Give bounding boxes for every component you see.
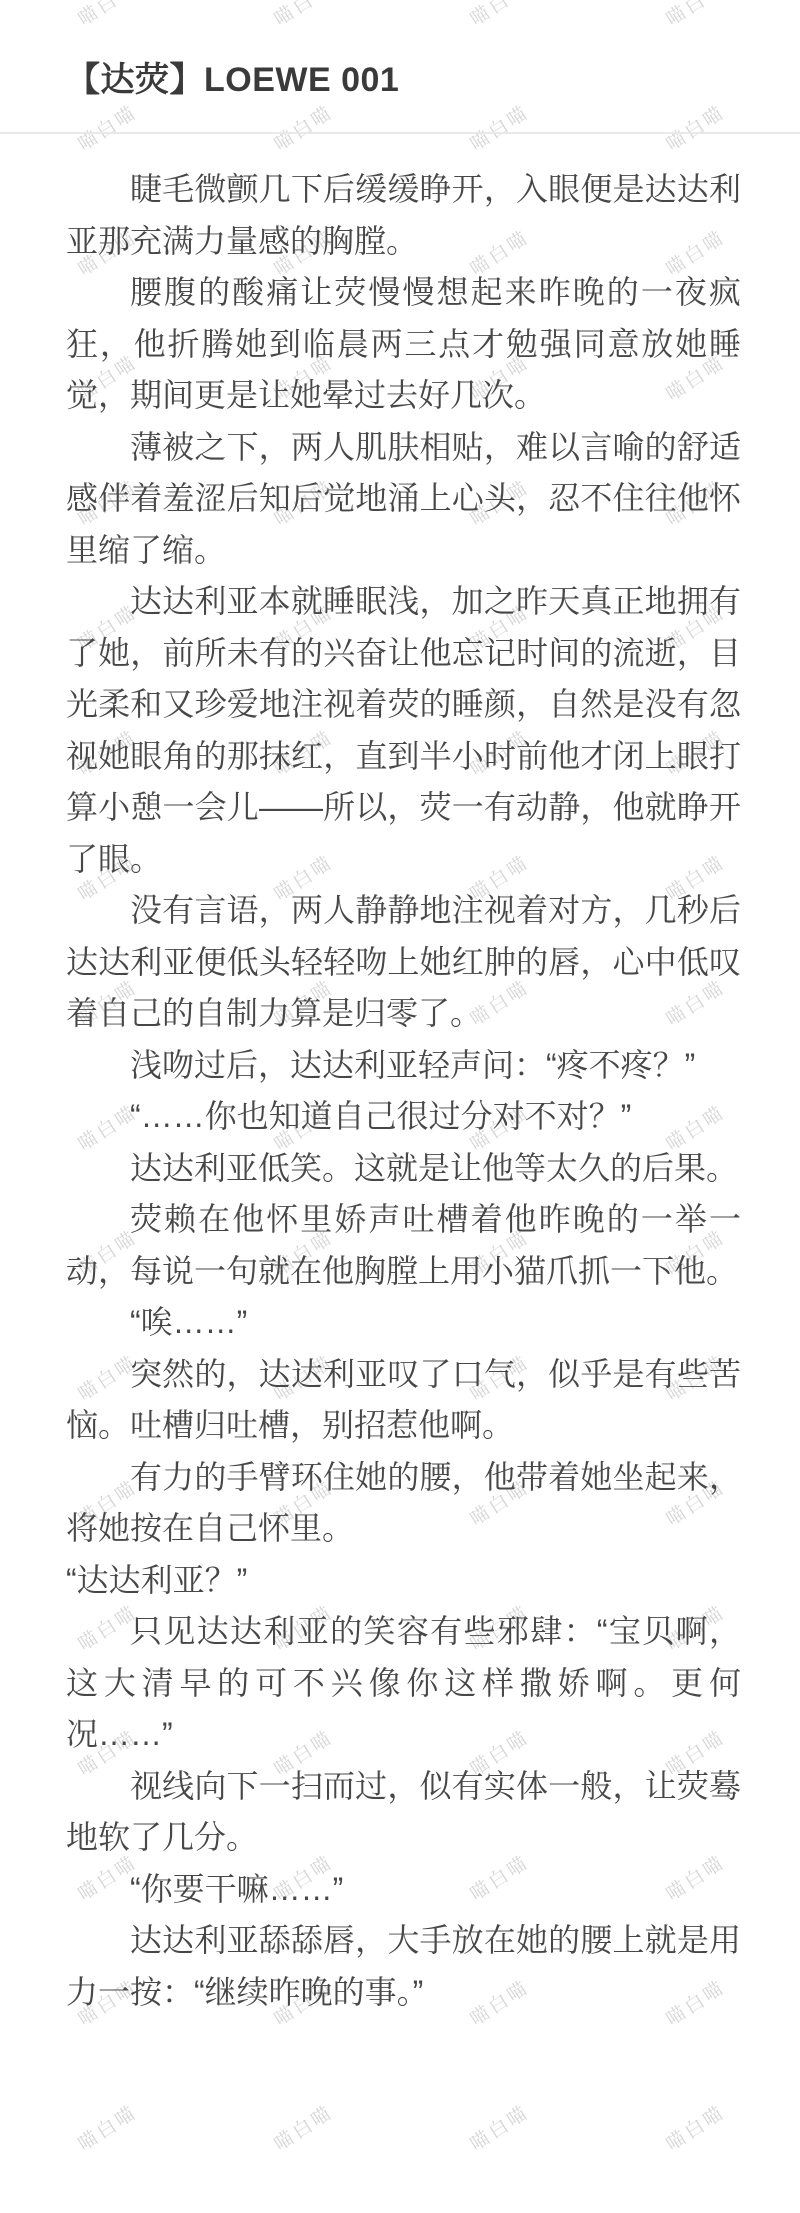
page: 【达荧】LOEWE 001 睫毛微颤几下后缓缓睁开，入眼便是达达利亚那充满力量感… xyxy=(0,0,800,2018)
paragraph: 薄被之下，两人肌肤相贴，难以言喻的舒适感伴着羞涩后知后觉地涌上心头，忍不住往他怀… xyxy=(66,422,741,577)
paragraph: 达达利亚本就睡眠浅，加之昨天真正地拥有了她，前所未有的兴奋让他忘记时间的流逝，目… xyxy=(66,576,741,885)
paragraph: “唉……” xyxy=(66,1297,741,1349)
divider xyxy=(0,132,800,134)
watermark-text: 喵白喵 xyxy=(268,2098,338,2157)
paragraph: 睫毛微颤几下后缓缓睁开，入眼便是达达利亚那充满力量感的胸膛。 xyxy=(66,164,741,267)
article: 睫毛微颤几下后缓缓睁开，入眼便是达达利亚那充满力量感的胸膛。腰腹的酸痛让荧慢慢想… xyxy=(66,164,741,2018)
paragraph: 荧赖在他怀里娇声吐槽着他昨晚的一举一动，每说一句就在他胸膛上用小猫爪抓一下他。 xyxy=(66,1194,741,1297)
watermark-text: 喵白喵 xyxy=(464,2098,534,2157)
paragraph: 只见达达利亚的笑容有些邪肆：“宝贝啊，这大清早的可不兴像你这样撒娇啊。更何况……… xyxy=(66,1606,741,1761)
paragraph: 达达利亚低笑。这就是让他等太久的后果。 xyxy=(66,1143,741,1195)
paragraph: 突然的，达达利亚叹了口气，似乎是有些苦恼。吐槽归吐槽，别招惹他啊。 xyxy=(66,1349,741,1452)
paragraph: 视线向下一扫而过，似有实体一般，让荧蓦地软了几分。 xyxy=(66,1761,741,1864)
paragraph: “……你也知道自己很过分对不对？” xyxy=(66,1091,741,1143)
page-title: 【达荧】LOEWE 001 xyxy=(66,58,740,102)
paragraph: 没有言语，两人静静地注视着对方，几秒后达达利亚便低头轻轻吻上她红肿的唇，心中低叹… xyxy=(66,885,741,1040)
paragraph: 达达利亚舔舔唇，大手放在她的腰上就是用力一按：“继续昨晚的事。” xyxy=(66,1915,741,2018)
watermark-text: 喵白喵 xyxy=(660,2098,730,2157)
paragraph: “你要干嘛……” xyxy=(66,1864,741,1916)
paragraph: 有力的手臂环住她的腰，他带着她坐起来，将她按在自己怀里。 xyxy=(66,1452,741,1555)
paragraph: 腰腹的酸痛让荧慢慢想起来昨晚的一夜疯狂，他折腾她到临晨两三点才勉强同意放她睡觉，… xyxy=(66,267,741,422)
paragraph: 浅吻过后，达达利亚轻声问：“疼不疼？” xyxy=(66,1040,741,1092)
watermark-text: 喵白喵 xyxy=(72,2098,142,2157)
paragraph: “达达利亚？” xyxy=(66,1555,741,1607)
doc-header: 【达荧】LOEWE 001 xyxy=(66,0,740,102)
